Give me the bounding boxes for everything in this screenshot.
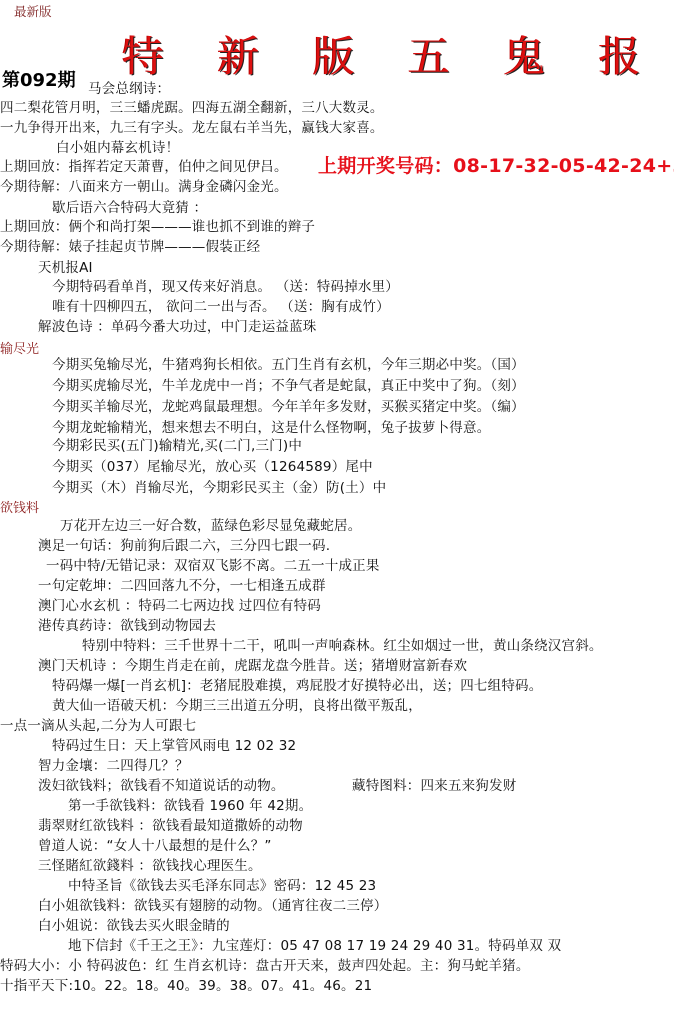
- text-line: 十指平天下:10。22。18。40。39。38。07。41。46。21: [0, 977, 372, 995]
- text-line: 黄大仙一语破天机：今期三三出道五分明，良将出徵平叛乱，: [52, 697, 422, 715]
- text-line: 特码爆一爆[一肖玄机]：老猪屁股难摸，鸡屁股才好摸特必出，送；四七组特码。: [52, 677, 542, 695]
- text-line: 藏特图料：四来五来狗发财: [352, 777, 516, 795]
- text-line: 今期待解：婊子挂起贞节牌———假装正经: [0, 238, 260, 256]
- text-line: 一点一滴从头起,二分为人可跟七: [0, 717, 196, 735]
- text-line: 白小姐内幕玄机诗！: [56, 139, 179, 157]
- text-line: 港传真药诗：欲钱到动物园去: [38, 617, 216, 635]
- text-line: 一九争得开出来，九三有字头。龙左鼠右羊当先，赢钱大家喜。: [0, 119, 384, 137]
- text-line: 白小姐欲钱料：欲钱买有翅膀的动物。（通宵往夜二三停）: [38, 897, 387, 915]
- text-line: 四二梨花管月明，三三蟠虎踞。四海五湖全翻新，三八大数灵。: [0, 99, 384, 117]
- text-line: 中特圣旨《欲钱去买毛泽东同志》密码：12 45 23: [68, 877, 376, 895]
- text-line: 马会总纲诗：: [88, 80, 170, 98]
- text-line: 今期买（木）肖输尽光，今期彩民买主（金）防(土）中: [52, 479, 386, 497]
- text-line: 泼妇欲钱料；欲钱看不知道说话的动物。: [38, 777, 285, 795]
- text-line: 今期买兔输尽光，牛猪鸡狗长相依。五门生肖有玄机，今年三期必中奖。（国）: [52, 356, 525, 374]
- text-line: 唯有十四柳四五， 欲问二一出与否。 （送：胸有成竹）: [52, 298, 390, 316]
- text-line: 白小姐说：欲钱去买火眼金睛的: [38, 917, 230, 935]
- text-line: 翡翠财红欲钱料 ：欲钱看最知道撒娇的动物: [38, 817, 303, 835]
- text-line: 今期买羊输尽光，龙蛇鸡鼠最理想。今年羊年多发财，买猴买猪定中奖。（编）: [52, 398, 525, 416]
- page-title: 特 新 版 五 鬼 报: [122, 24, 661, 84]
- text-line: 澳门心水玄机 ：特码二七两边找 过四位有特码: [38, 597, 321, 615]
- text-line: 澳足一句话：狗前狗后跟二六，三分四七跟一码.: [38, 537, 330, 555]
- edition-label: 最新版: [14, 2, 52, 20]
- text-line: 天机报AI: [38, 259, 93, 277]
- text-line: 今期买（037）尾输尽光，放心买（1264589）尾中: [52, 458, 373, 476]
- text-line: 特码大小：小 特码波色：红 生肖玄机诗：盘古开天来，鼓声四处起。主：狗马蛇羊猪。: [0, 957, 530, 975]
- text-line: 歇后语六合特码大竟猜 ：: [52, 199, 207, 217]
- issue-number: 第092期: [2, 66, 76, 92]
- section-label: 输尽光: [0, 338, 39, 357]
- text-line: 今期彩民买(五门)输精光,买(二门,三门)中: [52, 437, 302, 455]
- text-line: 今期待解：八面来方一朝山。满身金磷闪金光。: [0, 178, 288, 196]
- last-draw-result: 上期开奖号码：08-17-32-05-42-24+37: [318, 151, 674, 178]
- text-line: 上期回放：指挥若定天萧曹，伯仲之间见伊吕。: [0, 158, 288, 176]
- text-line: 智力金壤：二四得几？？: [38, 757, 189, 775]
- text-line: 澳门天机诗 ：今期生肖走在前，虎踞龙盘今胜昔。送；猪增财富新春欢: [38, 657, 467, 675]
- section-label: 欲钱料: [0, 497, 39, 516]
- text-line: 今期特码看单肖，现又传来好消息。 （送：特码掉水里）: [52, 278, 399, 296]
- text-line: 曾道人说：“女人十八最想的是什么？”: [38, 837, 272, 855]
- text-line: 一句定乾坤：二四回落九不分，一七相逢五成群: [38, 577, 326, 595]
- text-line: 特别中特料：三千世界十二干，吼叫一声响森林。红尘如烟过一世，黄山条绕汉宫斜。: [82, 637, 603, 655]
- text-line: 万花开左边三一好合数，蓝绿色彩尽显兔藏蛇居。: [60, 517, 361, 535]
- text-line: 特码过生日：天上掌管风雨电 12 02 32: [52, 737, 296, 755]
- text-line: 今期买虎输尽光，牛羊龙虎中一肖；不争气者是蛇鼠，真正中奖中了狗。（刻）: [52, 377, 525, 395]
- text-line: 上期回放：俩个和尚打架———谁也抓不到谁的辫子: [0, 218, 315, 236]
- text-line: 第一手欲钱料：欲钱看 1960 年 42期。: [68, 797, 312, 815]
- text-line: 地下信封《千王之王》：九宝莲灯：05 47 08 17 19 24 29 40 …: [68, 937, 561, 955]
- text-line: 三怪賭紅欲錢料 ：欲钱找心理医生。: [38, 857, 262, 875]
- text-line: 今期龙蛇输精光，想来想去不明白，这是什么怪物啊，兔子拔萝卜得意。: [52, 419, 490, 437]
- text-line: 一码中特/无错记录：双宿双飞影不离。二五一十成正果: [46, 557, 380, 575]
- text-line: 解波色诗 ：单码今番大功过，中门走运益蓝珠: [38, 318, 317, 336]
